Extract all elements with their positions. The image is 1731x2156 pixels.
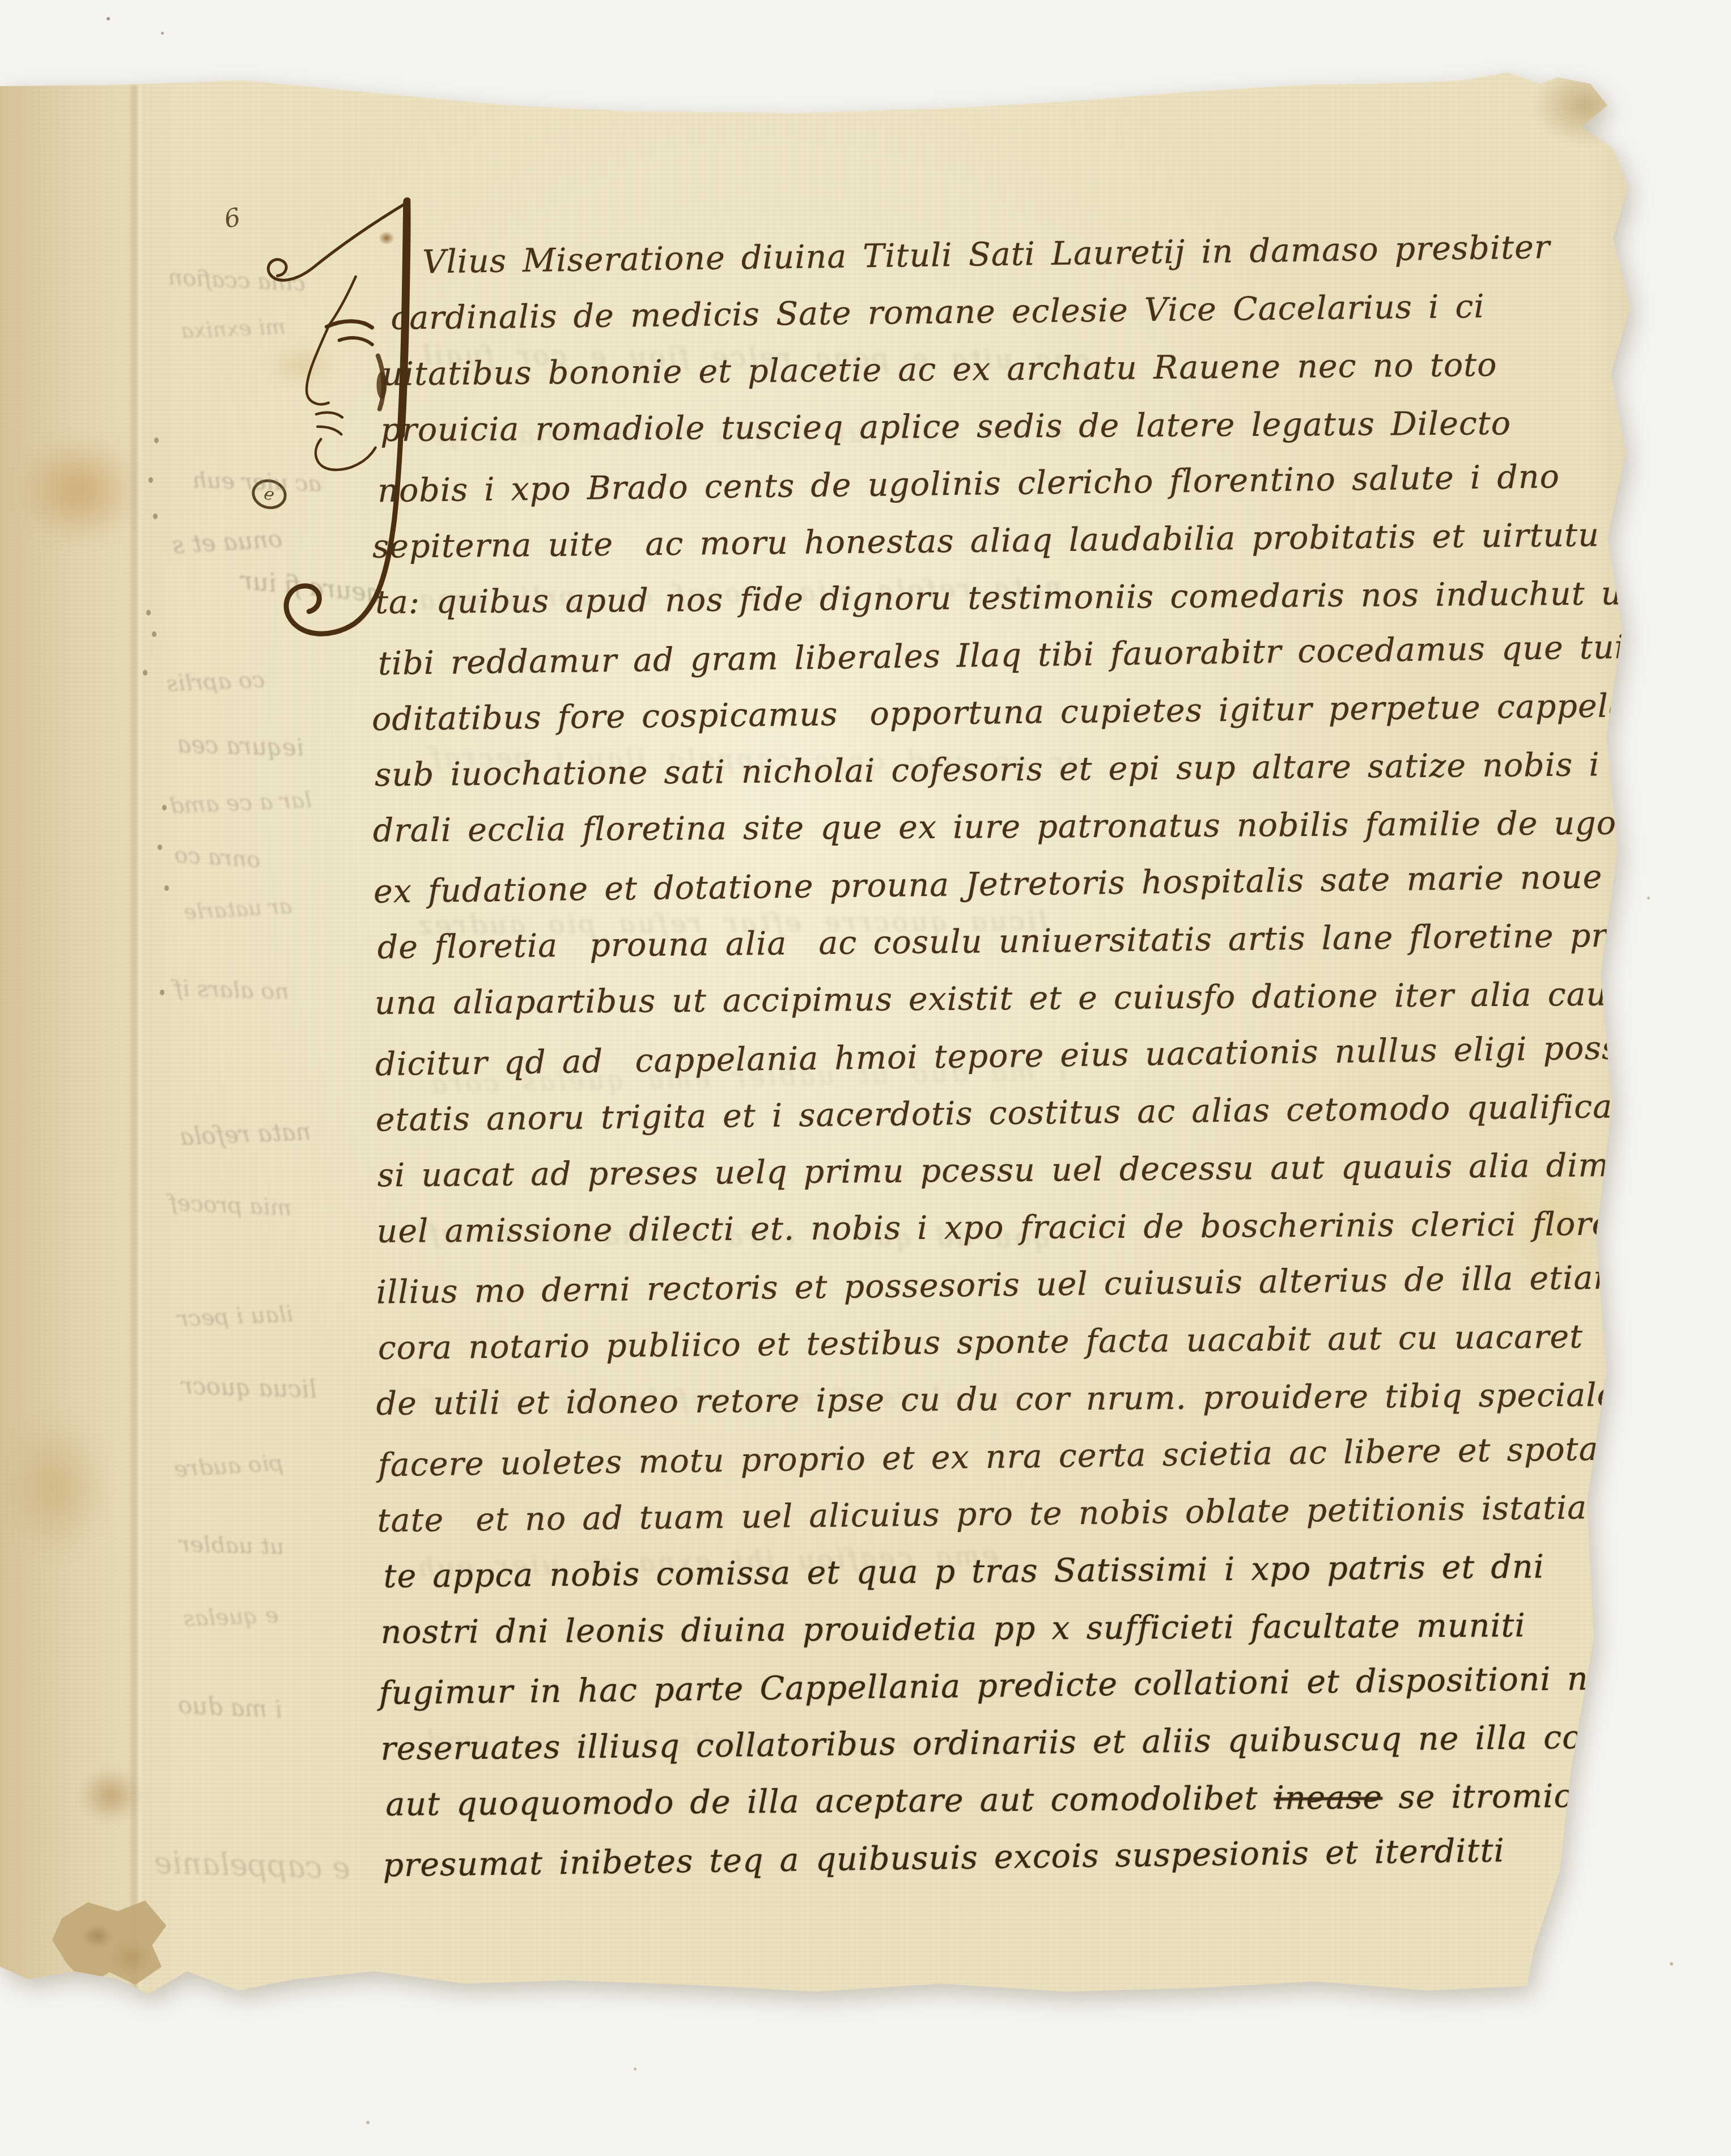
manuscript-line: uitatibus bononie et placetie ac ex arch… [382, 347, 1497, 393]
dust-speck [634, 2068, 637, 2070]
manuscript-line: aut quoquomodo de illa aceptare aut como… [385, 1777, 1641, 1823]
manuscript-line: cora notario publiico et testibus sponte… [377, 1318, 1583, 1367]
scanner-background: 6 e cina ccafionmi exnixaac uier euhonua… [0, 0, 1731, 2156]
dust-speck [366, 2121, 370, 2124]
manuscript-line: facere uoletes motu proprio et ex nra ce… [377, 1429, 1731, 1484]
manuscript-line: tibi reddamur ad gram liberales Ilaq tib… [378, 628, 1729, 683]
text-block: Vlius Miseratione diuina Tituli Sati Lau… [0, 0, 1731, 2156]
manuscript-line: de utili et idoneo retore ipse cu du cor… [376, 1376, 1731, 1423]
manuscript-line: de floretia prouna alia ac cosulu uniuer… [377, 918, 1627, 967]
manuscript-line: dicitur qd ad cappelania hmoi tepore eiu… [375, 1029, 1720, 1084]
manuscript-line: prouicia romadiole tuscieq aplice sedis … [380, 405, 1511, 449]
manuscript-line: illius mo derni rectoris et possesoris u… [376, 1259, 1635, 1312]
manuscript-line: nostri dni leonis diuina prouidetia pp x… [380, 1607, 1526, 1652]
manuscript-line: uel amissione dilecti et. nobis i xpo fr… [377, 1206, 1669, 1250]
struck-word: inease [1274, 1779, 1382, 1817]
manuscript-line: te appca nobis comissa et qua p tras Sat… [383, 1548, 1545, 1595]
face-profile-doodle [306, 277, 384, 470]
initial-top-flourish [268, 202, 408, 280]
manuscript-line: fugimur in hac parte Cappellania predict… [379, 1660, 1675, 1712]
dust-speck [1670, 1962, 1673, 1966]
manuscript-line: si uacat ad preses uelq primu pcessu uel… [377, 1146, 1727, 1194]
manuscript-line: ta: quibus apud nos fide dignoru testimo… [375, 575, 1636, 621]
dust-speck [161, 32, 164, 35]
manuscript-line: sub iuochatione sati nicholai cofesoris … [375, 746, 1702, 794]
manuscript-line: reseruates illiusq collatoribus ordinari… [380, 1718, 1666, 1768]
dust-speck [1647, 897, 1650, 899]
manuscript-line: etatis anoru trigita et i sacerdotis cos… [375, 1088, 1665, 1139]
manuscript-line: oditatibus fore cospicamus opportuna cup… [372, 687, 1681, 739]
manuscript-line: tate et no ad tuam uel alicuius pro te n… [377, 1488, 1731, 1540]
manuscript-line: presumat inibetes teq a quibusuis excois… [383, 1832, 1505, 1885]
manuscript-line: nobis i xpo Brado cents de ugolinis cler… [377, 459, 1560, 510]
manuscript-line: Vlius Miseratione diuina Tituli Sati Lau… [422, 229, 1550, 281]
manuscript-line: sepiterna uite ac moru honestas aliaq la… [372, 516, 1694, 566]
manuscript-line: ex fudatione et dotatione prouna Jetreto… [374, 859, 1603, 911]
manuscript-page: 6 e cina ccafionmi exnixaac uier euhonua… [0, 0, 1731, 2156]
manuscript-line: una aliapartibus ut accipimus existit et… [375, 976, 1654, 1022]
manuscript-line: cardinalis de medicis Sate romane eclesi… [391, 288, 1485, 337]
manuscript-line: drali ecclia floretina site que ex iure … [373, 805, 1688, 850]
dust-speck [107, 17, 110, 20]
